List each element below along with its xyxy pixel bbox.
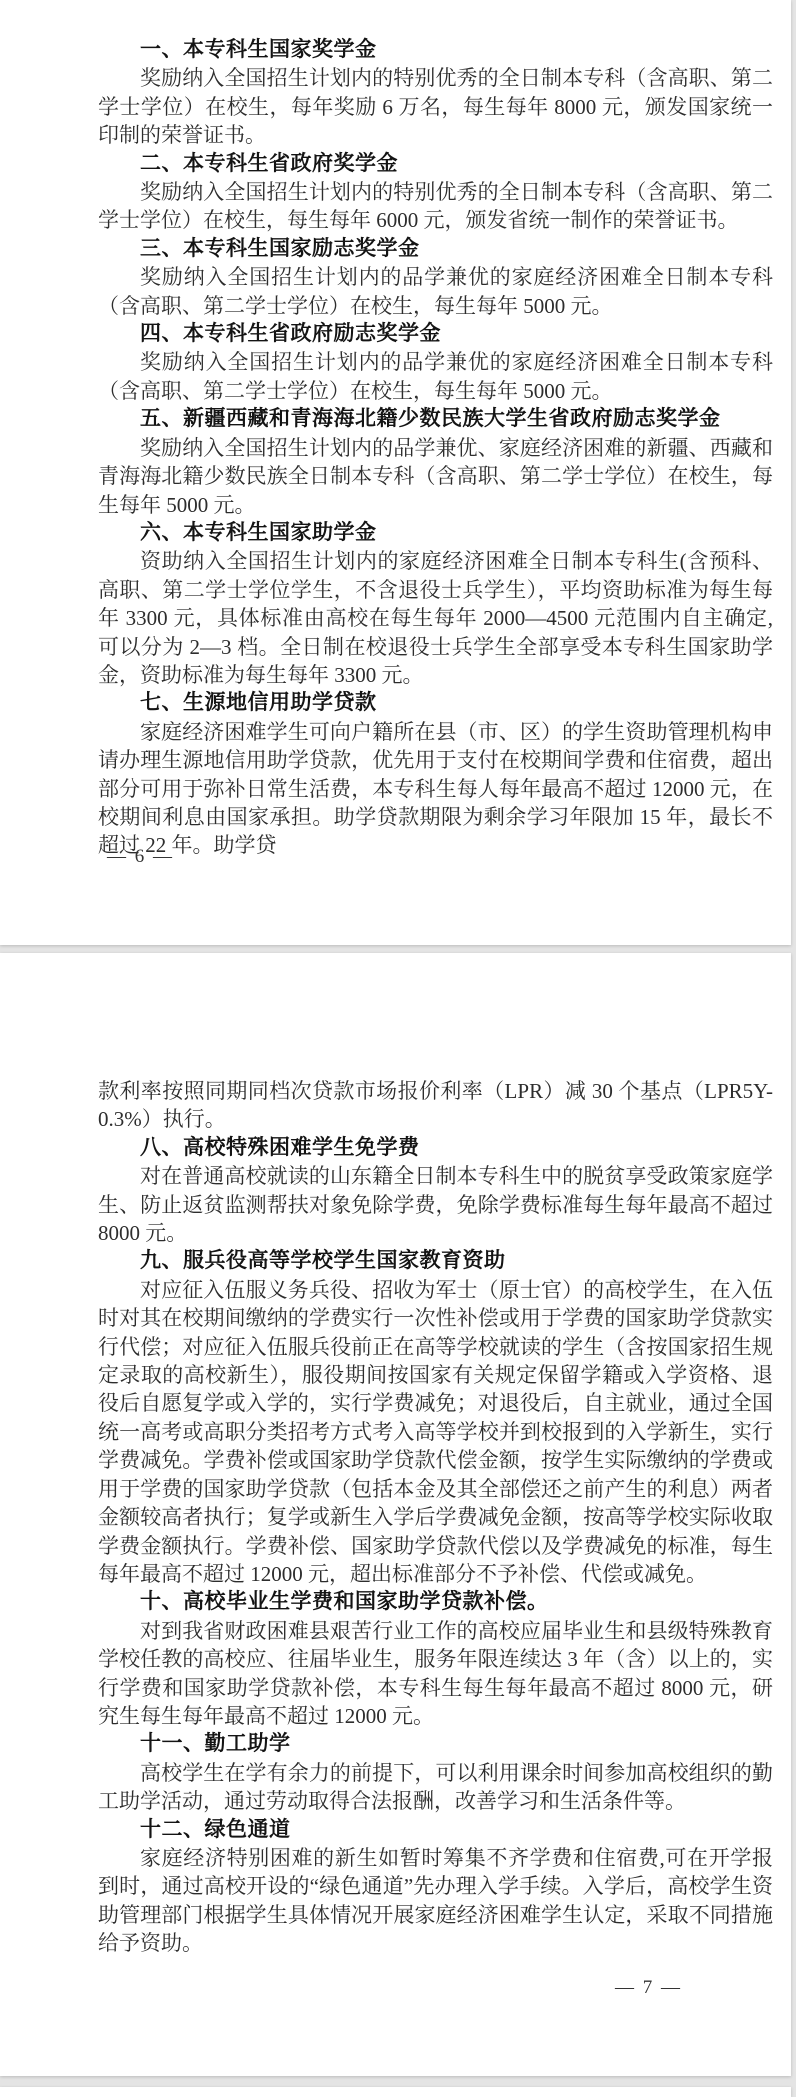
paragraph: 奖励纳入全国招生计划内的品学兼优的家庭经济困难全日制本专科（含高职、第二学士学位… — [98, 263, 773, 320]
next-page-top-edge — [0, 2087, 791, 2097]
page-7-content: 款利率按照同期同档次贷款市场报价利率（LPR）减 30 个基点（LPR5Y-0.… — [98, 1077, 773, 1958]
paragraph: 高校学生在学有余力的前提下，可以利用课余时间参加高校组织的勤工助学活动，通过劳动… — [98, 1759, 773, 1816]
document-page-6: 一、本专科生国家奖学金奖励纳入全国招生计划内的特别优秀的全日制本专科（含高职、第… — [0, 0, 791, 945]
section-heading: 九、服兵役高等学校学生国家教育资助 — [98, 1247, 773, 1275]
paragraph: 对到我省财政困难县艰苦行业工作的高校应届毕业生和县级特殊教育学校任教的高校应、往… — [98, 1617, 773, 1731]
section-heading: 一、本专科生国家奖学金 — [98, 36, 773, 64]
paragraph: 对在普通高校就读的山东籍全日制本专科生中的脱贫享受政策家庭学生、防止返贫监测帮扶… — [98, 1162, 773, 1247]
page-number-footer: — 7 — — [615, 1978, 682, 1997]
page-gap — [0, 2076, 796, 2087]
document-viewer-canvas: 一、本专科生国家奖学金奖励纳入全国招生计划内的特别优秀的全日制本专科（含高职、第… — [0, 0, 796, 2097]
page-gap — [0, 945, 796, 953]
paragraph: 对应征入伍服义务兵役、招收为军士（原士官）的高校学生，在入伍时对其在校期间缴纳的… — [98, 1276, 773, 1588]
section-heading: 二、本专科生省政府奖学金 — [98, 150, 773, 178]
page-number-footer: — 6 — — [107, 847, 174, 866]
paragraph: 奖励纳入全国招生计划内的品学兼优的家庭经济困难全日制本专科（含高职、第二学士学位… — [98, 348, 773, 405]
section-heading: 六、本专科生国家助学金 — [98, 519, 773, 547]
paragraph: 家庭经济特别困难的新生如暂时筹集不齐学费和住宿费,可在开学报到时，通过高校开设的… — [98, 1844, 773, 1958]
section-heading: 五、新疆西藏和青海海北籍少数民族大学生省政府励志奖学金 — [98, 405, 773, 433]
paragraph: 家庭经济困难学生可向户籍所在县（市、区）的学生资助管理机构申请办理生源地信用助学… — [98, 718, 773, 860]
section-heading: 四、本专科生省政府励志奖学金 — [98, 320, 773, 348]
section-heading: 十、高校毕业生学费和国家助学贷款补偿。 — [98, 1588, 773, 1616]
paragraph: 款利率按照同期同档次贷款市场报价利率（LPR）减 30 个基点（LPR5Y-0.… — [98, 1077, 773, 1134]
section-heading: 七、生源地信用助学贷款 — [98, 689, 773, 717]
section-heading: 三、本专科生国家励志奖学金 — [98, 235, 773, 263]
page-6-content: 一、本专科生国家奖学金奖励纳入全国招生计划内的特别优秀的全日制本专科（含高职、第… — [98, 36, 773, 860]
paragraph: 奖励纳入全国招生计划内的特别优秀的全日制本专科（含高职、第二学士学位）在校生，每… — [98, 178, 773, 235]
paragraph: 奖励纳入全国招生计划内的特别优秀的全日制本专科（含高职、第二学士学位）在校生，每… — [98, 64, 773, 149]
paragraph: 资助纳入全国招生计划内的家庭经济困难全日制本专科生(含预科、高职、第二学士学位学… — [98, 547, 773, 689]
section-heading: 十一、勤工助学 — [98, 1730, 773, 1758]
paragraph: 奖励纳入全国招生计划内的品学兼优、家庭经济困难的新疆、西藏和青海海北籍少数民族全… — [98, 434, 773, 519]
section-heading: 八、高校特殊困难学生免学费 — [98, 1134, 773, 1162]
document-page-7: 款利率按照同期同档次贷款市场报价利率（LPR）减 30 个基点（LPR5Y-0.… — [0, 953, 791, 2076]
section-heading: 十二、绿色通道 — [98, 1816, 773, 1844]
